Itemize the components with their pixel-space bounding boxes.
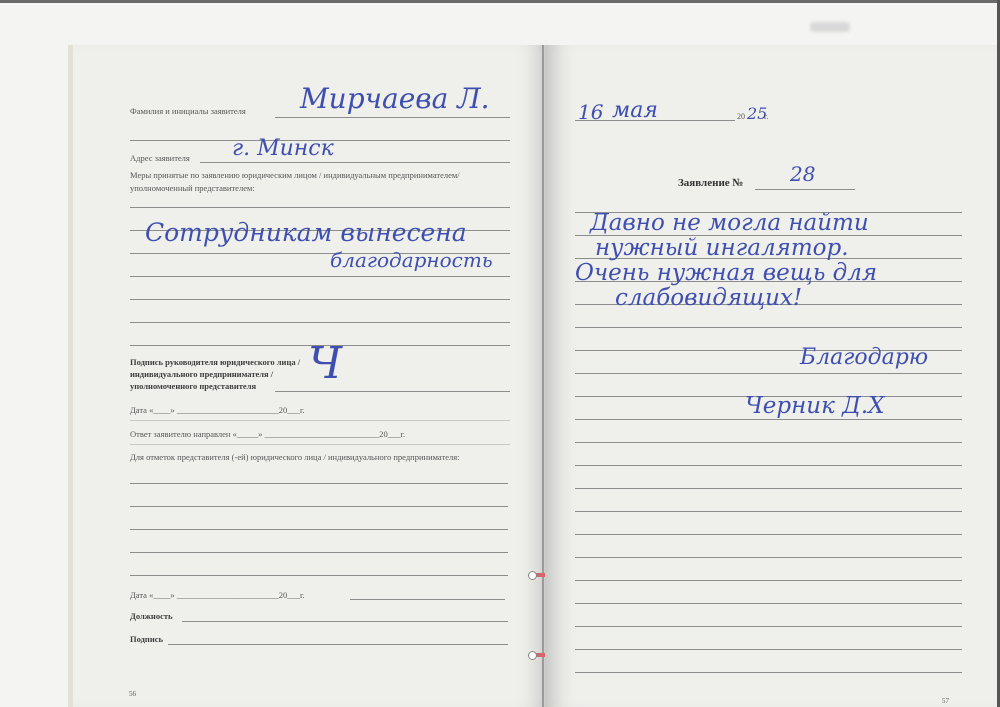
measures-line <box>130 299 510 300</box>
right-page <box>545 45 997 707</box>
signature-line <box>275 391 510 392</box>
text-line <box>575 465 962 466</box>
closing-thanks[interactable]: Благодарю <box>800 345 928 370</box>
text-line <box>575 557 962 558</box>
measures-value-2[interactable]: благодарность <box>330 248 493 272</box>
page-number-left: 56 <box>129 690 136 698</box>
date-label: Дата «____» ________________________20__… <box>130 405 305 415</box>
statement-body-line-4[interactable]: слабовидящих! <box>615 285 802 311</box>
scan-border <box>0 0 1000 3</box>
text-line <box>575 580 962 581</box>
text-line <box>575 534 962 535</box>
statement-number-line <box>755 189 855 190</box>
position-line <box>182 621 508 622</box>
response-label: Ответ заявителю направлен «_____» ______… <box>130 429 405 439</box>
text-line <box>575 442 962 443</box>
statement-body-line-2[interactable]: нужный ингалятор. <box>595 235 849 261</box>
measures-label-1: Меры принятые по заявлению юридическим л… <box>130 170 460 180</box>
spine <box>542 45 544 707</box>
text-line <box>575 327 962 328</box>
notes-label: Для отметок представителя (-ей) юридичес… <box>130 452 460 462</box>
text-line <box>575 373 962 374</box>
date2-label: Дата «____» ________________________20__… <box>130 590 305 600</box>
page-number-right: 57 <box>942 697 949 705</box>
date-year-prefix: 20 <box>737 112 745 121</box>
sign-label: Подпись <box>130 633 163 645</box>
sign-line <box>168 644 508 645</box>
text-line <box>575 511 962 512</box>
address-value[interactable]: г. Минск <box>232 136 334 161</box>
stamp-smudge <box>810 22 850 32</box>
divider <box>130 420 510 421</box>
text-line <box>575 672 962 673</box>
text-line <box>575 419 962 420</box>
manager-signature[interactable]: Ч <box>308 338 342 389</box>
statement-body-line-3[interactable]: Очень нужная вещь для <box>575 260 877 286</box>
address-label: Адрес заявителя <box>130 153 190 163</box>
position-label: Должность <box>130 610 173 622</box>
notes-line <box>130 506 508 507</box>
notes-line <box>130 529 508 530</box>
measures-line <box>130 276 510 277</box>
text-line <box>575 488 962 489</box>
date-line <box>575 120 735 121</box>
measures-value-1[interactable]: Сотрудникам вынесена <box>145 218 467 247</box>
applicant-signature[interactable]: Черник Д.Х <box>745 393 885 419</box>
text-line <box>575 649 962 650</box>
notes-line <box>130 575 508 576</box>
date2-extra-line <box>350 599 505 600</box>
text-line <box>575 603 962 604</box>
measures-line <box>130 207 510 208</box>
signature-label-3: уполномоченного представителя <box>130 380 256 392</box>
measures-label-2: уполномоченный представителем: <box>130 183 255 193</box>
address-line <box>200 162 510 163</box>
notes-line <box>130 552 508 553</box>
applicant-name-value[interactable]: Мирчаева Л. <box>300 82 489 115</box>
statement-label: Заявление № <box>678 177 743 189</box>
notes-line <box>130 483 508 484</box>
signature-label-2: индивидуального предпринимателя / <box>130 368 273 380</box>
text-line <box>575 626 962 627</box>
statement-body-line-1[interactable]: Давно не могла найти <box>590 210 869 236</box>
applicant-name-line <box>275 117 510 118</box>
signature-label-1: Подпись руководителя юридического лица / <box>130 356 300 368</box>
applicant-name-label: Фамилия и инициалы заявителя <box>130 106 246 116</box>
statement-number[interactable]: 28 <box>790 162 815 186</box>
divider <box>130 444 510 445</box>
measures-line <box>130 322 510 323</box>
date-year-tail: г. <box>764 112 768 121</box>
